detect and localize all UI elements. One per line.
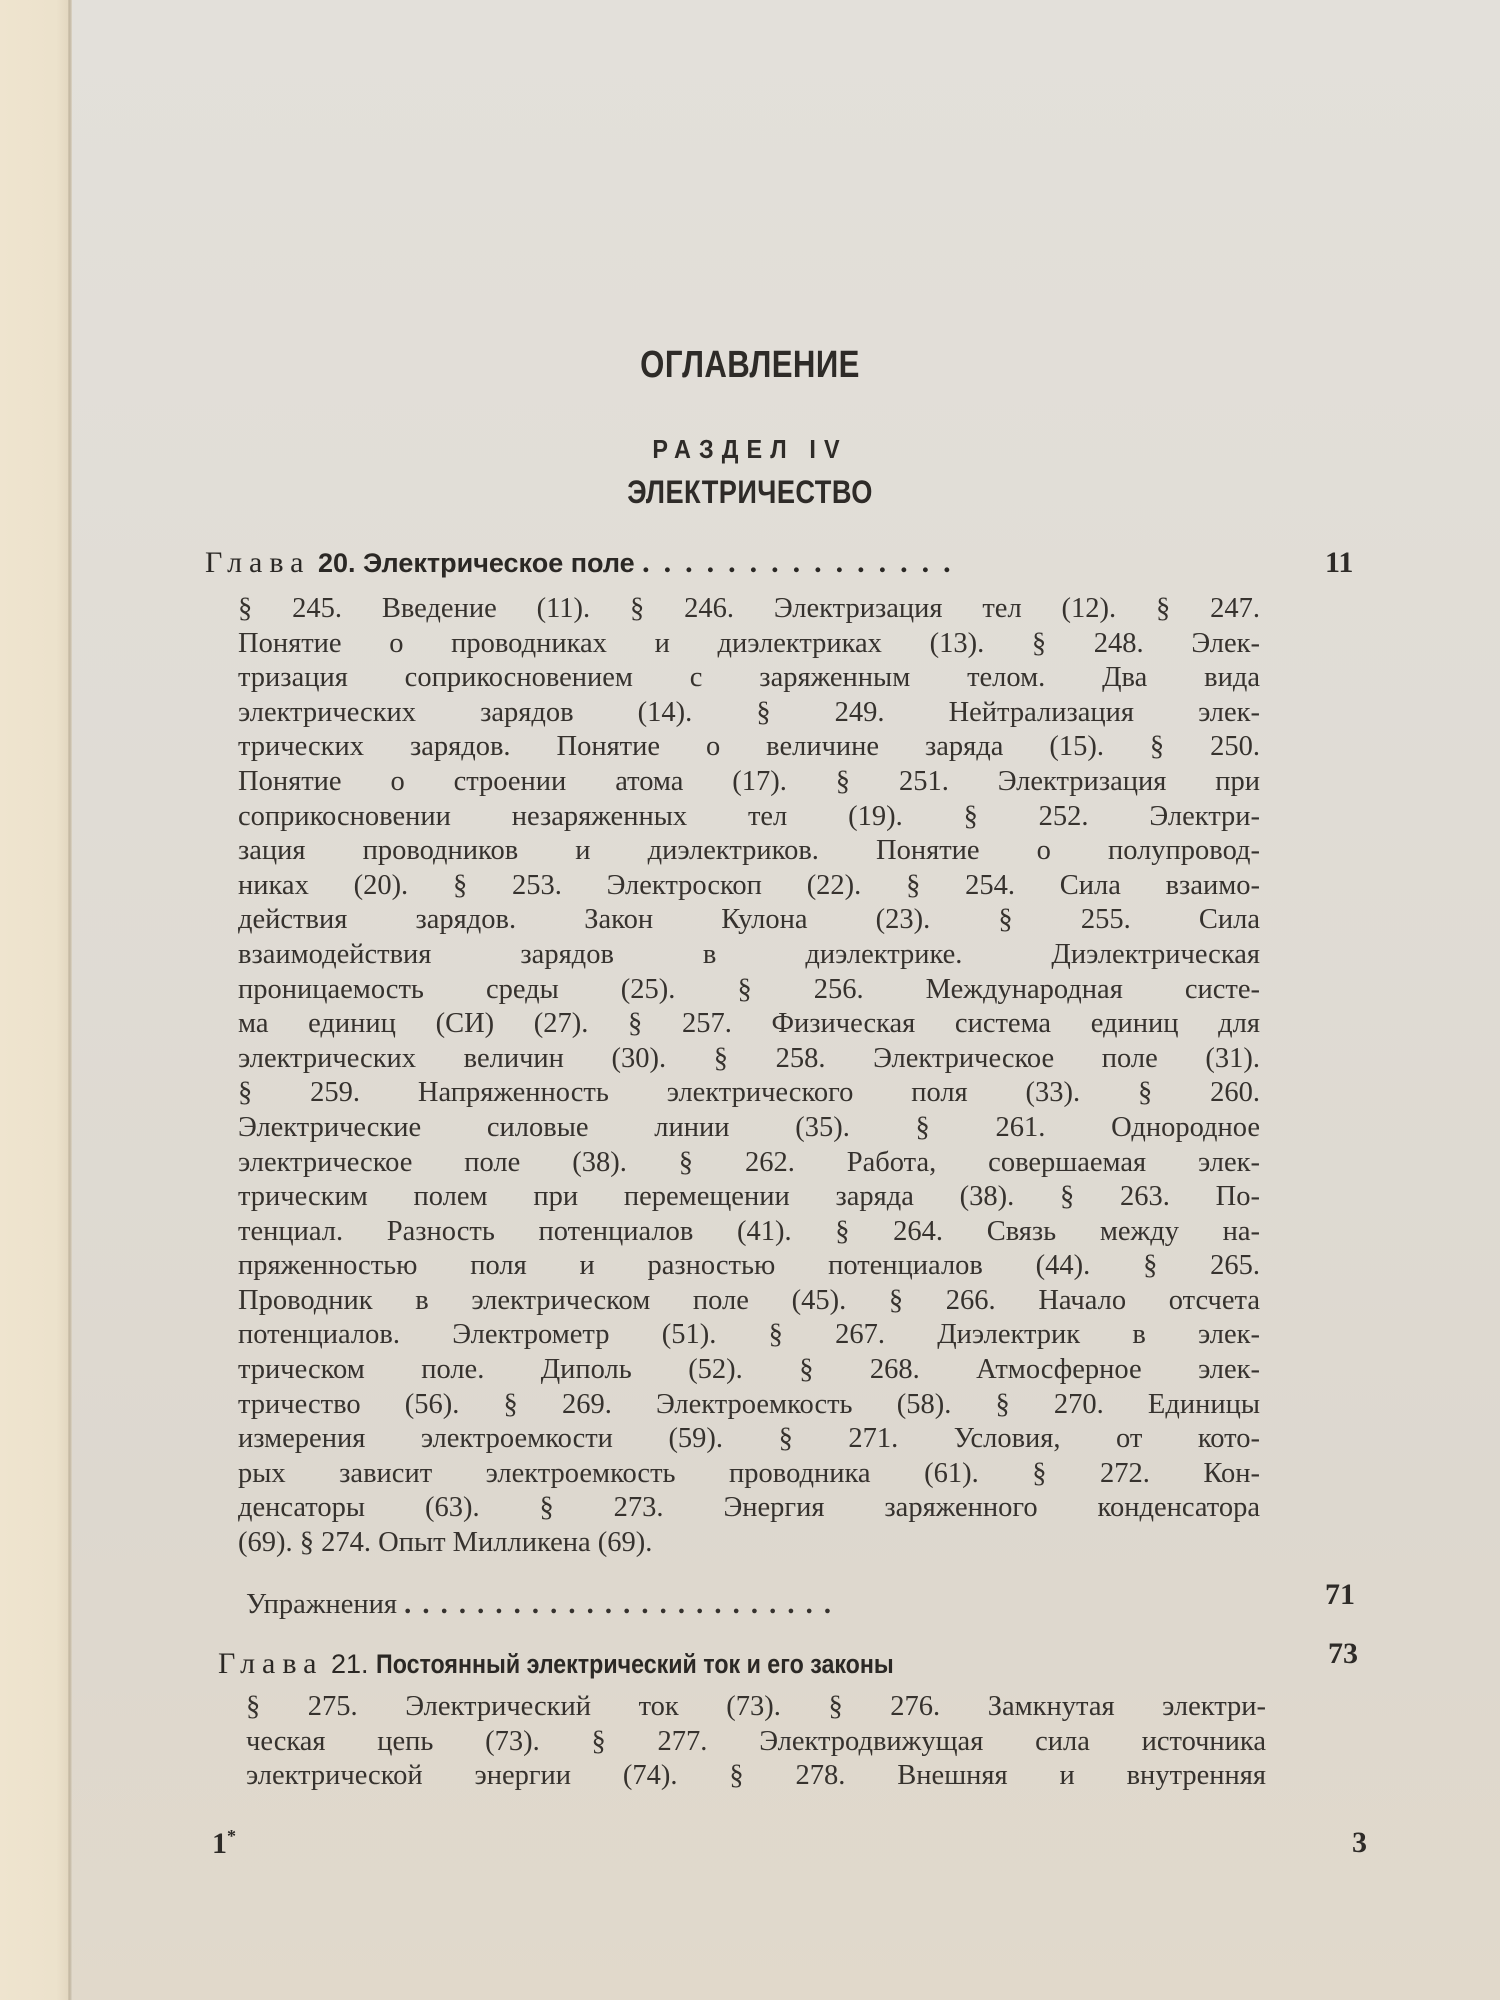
toc-line: Понятие о проводниках и диэлектриках (13… [238,627,1260,662]
chapter-prefix: Глава [205,546,310,579]
chapter-21-heading: Глава 21. Постоянный электрический ток и… [218,1647,1278,1681]
dot-leader: ............... [642,546,965,579]
toc-line: (69). § 274. Опыт Милликена (69). [238,1526,1260,1561]
toc-line: ма единиц (СИ) (27). § 257. Физическая с… [238,1007,1260,1042]
toc-line: электрических величин (30). § 258. Элект… [238,1042,1260,1077]
toc-line: § 259. Напряженность электрического поля… [238,1076,1260,1111]
toc-line: электрических зарядов (14). § 249. Нейтр… [238,696,1260,731]
dot-leader: . . . . . . . . . . . . . . . . . . . . … [404,1589,833,1620]
toc-line: Электрические силовые линии (35). § 261.… [238,1111,1260,1146]
chapter-prefix: Глава [218,1647,323,1680]
toc-line: электрическое поле (38). § 262. Работа, … [238,1146,1260,1181]
chapter-21-contents: § 275. Электрический ток (73). § 276. За… [246,1690,1266,1794]
chapter-20-contents: § 245. Введение (11). § 246. Электризаци… [238,592,1260,1561]
toc-line: денсаторы (63). § 273. Энергия заряженно… [238,1491,1260,1526]
signature-asterisk: * [227,1826,236,1846]
toc-line: ческая цепь (73). § 277. Электродвижущая… [246,1725,1266,1760]
toc-line: § 275. Электрический ток (73). § 276. За… [246,1690,1266,1725]
section-label: РАЗДЕЛ IV [75,434,1425,465]
toc-line: действия зарядов. Закон Кулона (23). § 2… [238,903,1260,938]
exercises-entry: Упражнения . . . . . . . . . . . . . . .… [246,1589,1266,1621]
toc-line: трических зарядов. Понятие о величине за… [238,730,1260,765]
exercises-page-number: 71 [1325,1578,1355,1612]
toc-line: взаимодействия зарядов в диэлектрике. Ди… [238,938,1260,973]
toc-line: измерения электроемкости (59). § 271. Ус… [238,1422,1260,1457]
toc-line: трическом поле. Диполь (52). § 268. Атмо… [238,1353,1260,1388]
chapter-number: 21. [331,1647,369,1681]
page-title: ОГЛАВЛЕНИЕ [135,344,1365,387]
page-number: 3 [1352,1826,1367,1860]
printer-signature-mark: 1* [212,1826,236,1861]
toc-line: тенциал. Разность потенциалов (41). § 26… [238,1215,1260,1250]
toc-line: тричество (56). § 269. Электроемкость (5… [238,1388,1260,1423]
signature-number: 1 [212,1827,227,1860]
toc-line: § 245. Введение (11). § 246. Электризаци… [238,592,1260,627]
toc-line: никах (20). § 253. Электроскоп (22). § 2… [238,869,1260,904]
chapter-number: 20. [318,546,356,580]
chapter-title: Электрическое поле [363,546,635,580]
toc-line: соприкосновении незаряженных тел (19). §… [238,800,1260,835]
chapter-20-heading: Глава 20. Электрическое поле ...........… [205,546,1265,580]
chapter-title: Постоянный электрический ток и его закон… [376,1647,894,1681]
toc-line: тризация соприкосновением с заряженным т… [238,661,1260,696]
chapter-20-page-number: 11 [1325,546,1353,580]
toc-line: пряженностью поля и разностью потенциало… [238,1249,1260,1284]
toc-line: рых зависит электроемкость проводника (6… [238,1457,1260,1492]
toc-line: электрической энергии (74). § 278. Внешн… [246,1759,1266,1794]
toc-line: потенциалов. Электрометр (51). § 267. Ди… [238,1318,1260,1353]
toc-line: трическим полем при перемещении заряда (… [238,1180,1260,1215]
toc-line: Проводник в электрическом поле (45). § 2… [238,1284,1260,1319]
toc-line: Понятие о строении атома (17). § 251. Эл… [238,765,1260,800]
exercises-label: Упражнения [246,1589,397,1620]
facing-page-edge [0,0,70,2000]
section-title: ЭЛЕКТРИЧЕСТВО [113,474,1388,511]
toc-line: зация проводников и диэлектриков. Поняти… [238,834,1260,869]
chapter-21-page-number: 73 [1328,1637,1358,1671]
toc-line: проницаемость среды (25). § 256. Междуна… [238,973,1260,1008]
